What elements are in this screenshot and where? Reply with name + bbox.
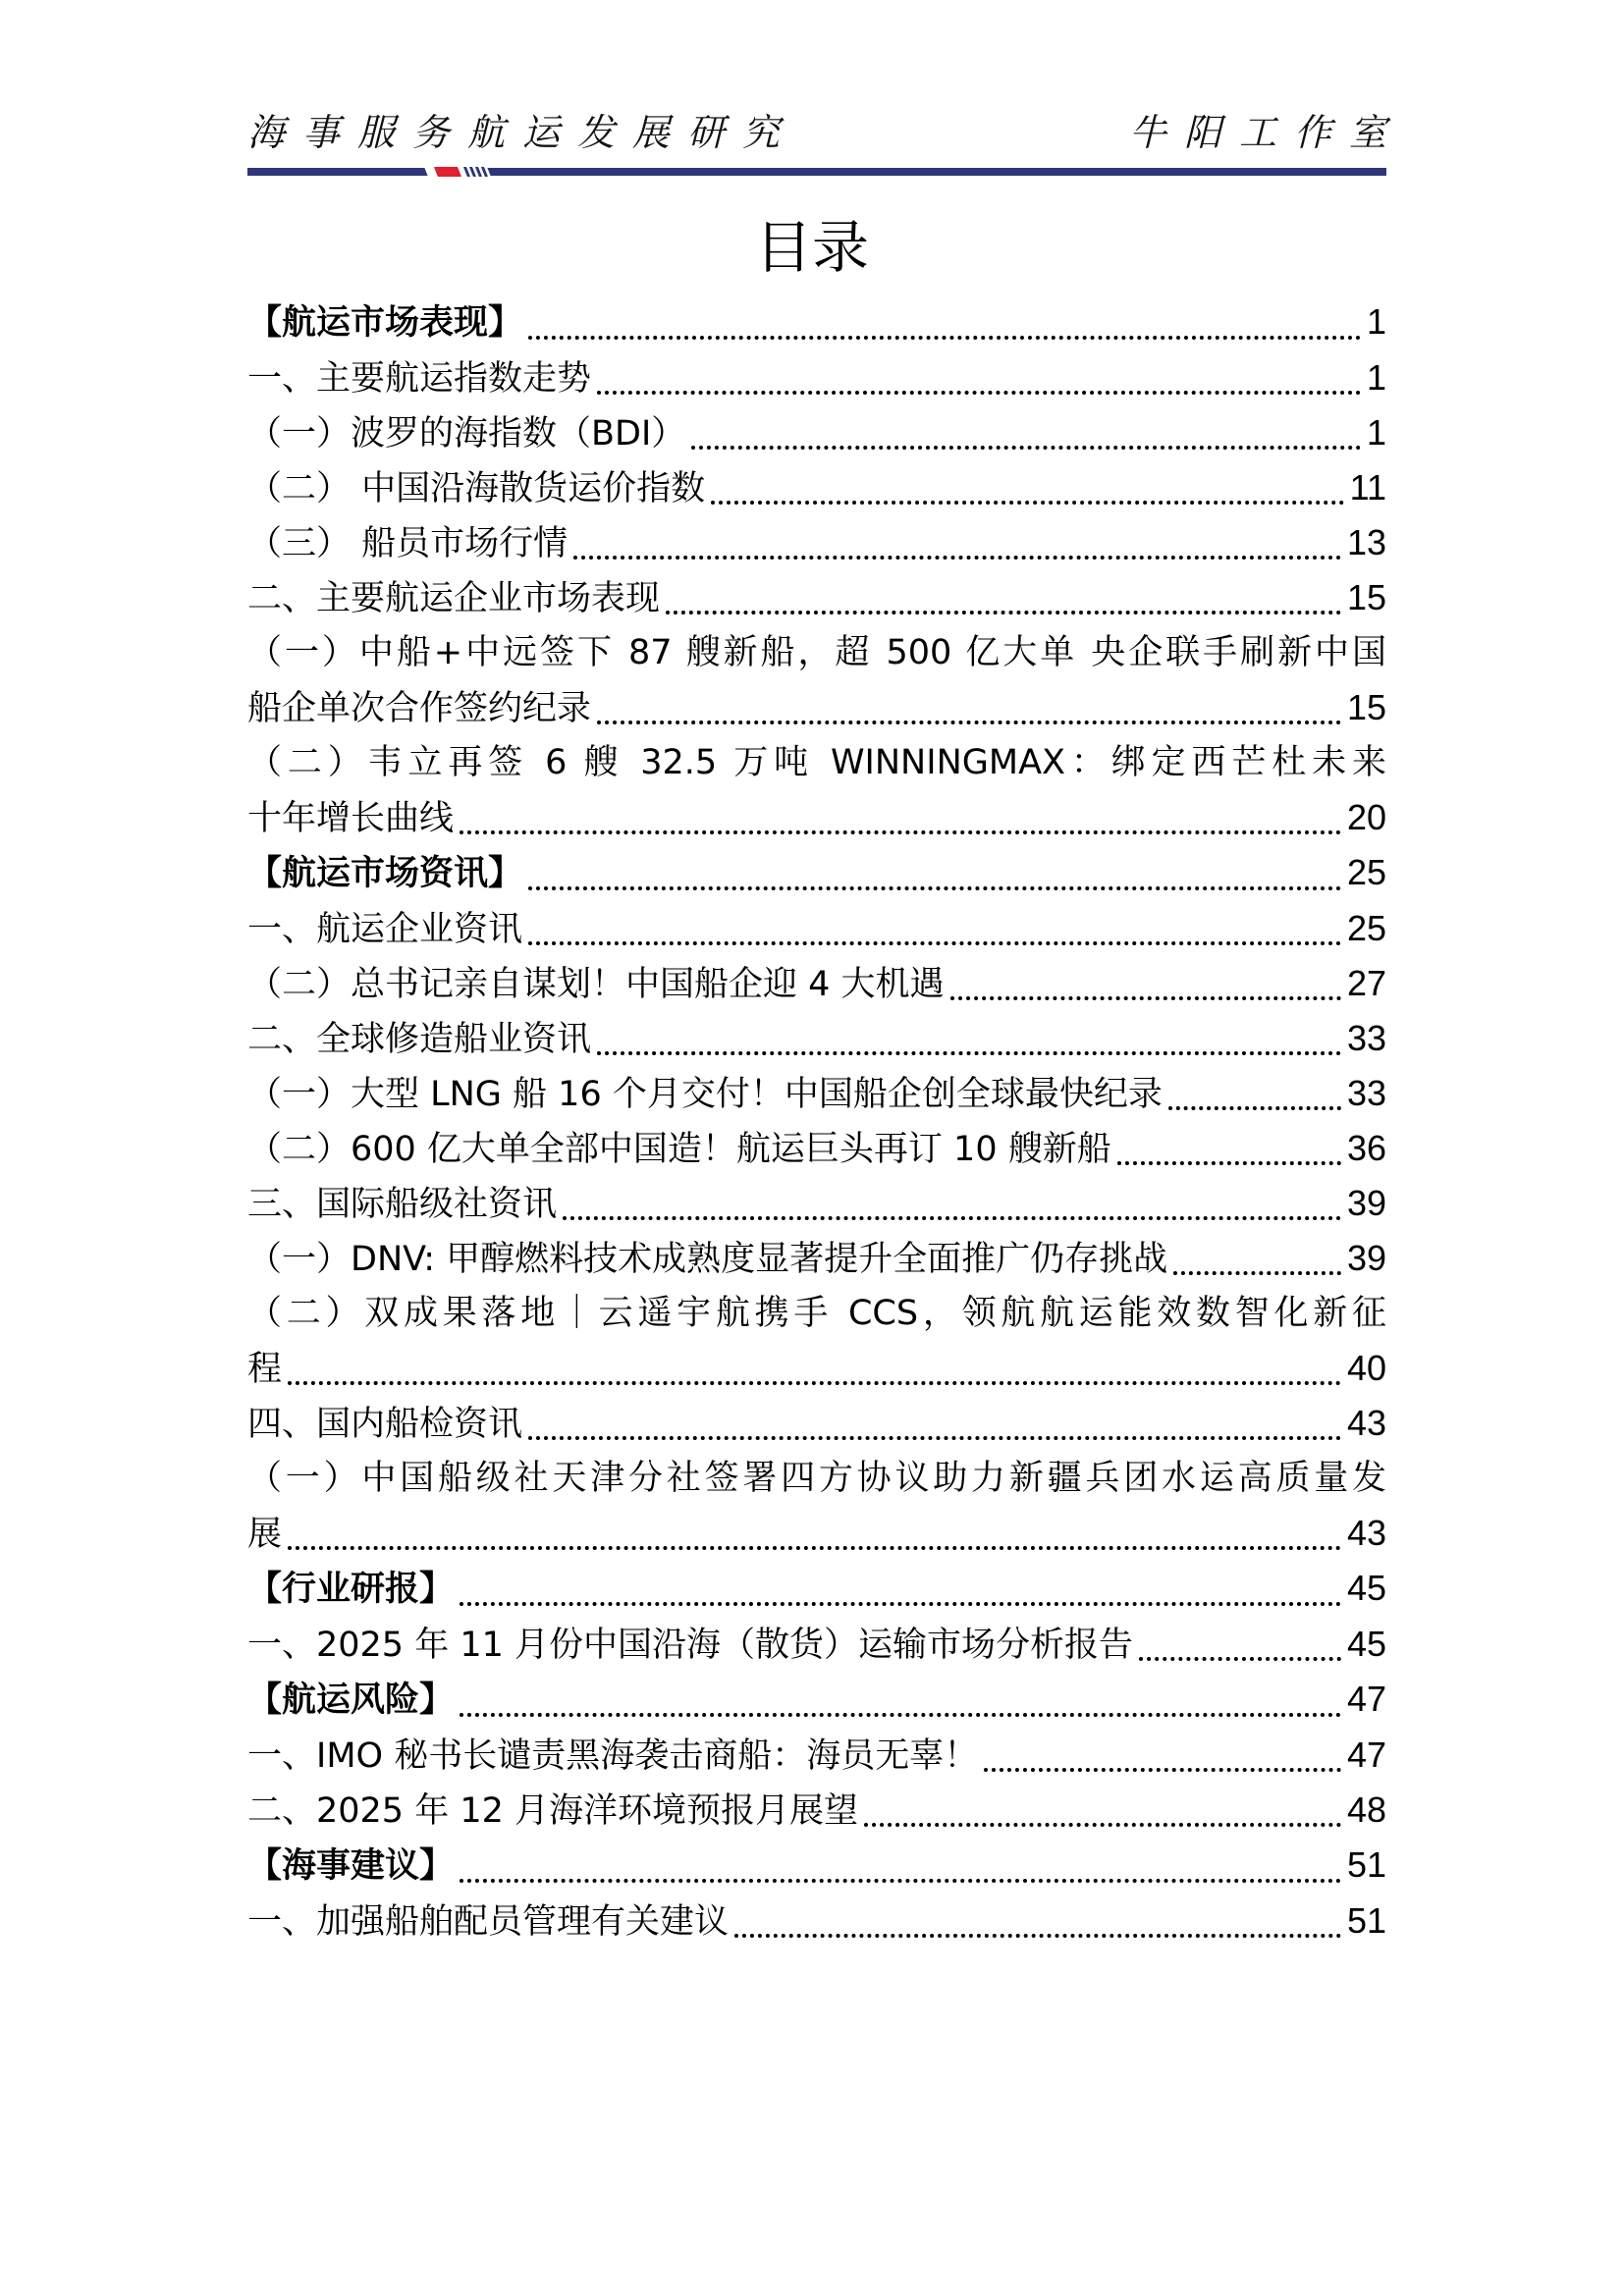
toc-entry[interactable]: （二）600 亿大单全部中国造！航运巨头再订 10 艘新船36 (247, 1121, 1386, 1176)
toc-entry[interactable]: 三、国际船级社资讯39 (247, 1176, 1386, 1231)
toc-entry-title: （二）双成果落地｜云遥宇航携手 CCS，领航航运能效数智化新征 (247, 1286, 1386, 1341)
toc-page-number: 39 (1347, 1176, 1386, 1231)
dot-leader (597, 721, 1341, 724)
toc-entry[interactable]: 二、2025 年 12 月海洋环境预报月展望48 (247, 1783, 1386, 1838)
toc-entry[interactable]: （三） 船员市场行情13 (247, 515, 1386, 570)
toc-entry-title: 四、国内船检资讯 (247, 1397, 522, 1452)
dot-leader (597, 1051, 1341, 1055)
header-rule-accent-icon (424, 167, 503, 177)
toc-page-number: 47 (1347, 1672, 1386, 1727)
toc-entry-title: 【航运市场表现】 (247, 295, 522, 350)
toc-page-number: 1 (1367, 350, 1386, 405)
toc-entry-title: （二）韦立再签 6 艘 32.5 万吨 WINNINGMAX：绑定西芒杜未来 (247, 735, 1386, 790)
toc-page-number: 20 (1347, 790, 1386, 845)
toc-entry-title: 一、IMO 秘书长谴责黑海袭击商船：海员无辜！ (247, 1729, 978, 1784)
dot-leader (666, 611, 1341, 614)
dot-leader (1173, 1271, 1341, 1275)
toc-entry-title: （二） 中国沿海散货运价指数 (247, 461, 705, 516)
toc-entry-title: 二、2025 年 12 月海洋环境预报月展望 (247, 1784, 858, 1839)
toc-page-number: 33 (1347, 1011, 1386, 1066)
dot-leader (460, 830, 1341, 834)
toc-entry-title: （二）总书记亲自谋划！中国船企迎 4 大机遇 (247, 957, 945, 1012)
table-of-contents: 【航运市场表现】1一、主要航运指数走势1（一）波罗的海指数（BDI）1（二） 中… (247, 294, 1386, 1949)
toc-entry-title: 三、国际船级社资讯 (247, 1177, 557, 1232)
dot-leader (563, 1216, 1341, 1220)
toc-page-number: 33 (1347, 1066, 1386, 1121)
toc-entry[interactable]: 二、全球修造船业资讯33 (247, 1011, 1386, 1066)
toc-entry[interactable]: 一、航运企业资讯25 (247, 901, 1386, 956)
header-left-title: 海事服务航运发展研究 (247, 108, 797, 157)
toc-entry[interactable]: （二）韦立再签 6 艘 32.5 万吨 WINNINGMAX：绑定西芒杜未来十年… (247, 735, 1386, 845)
toc-page-number: 13 (1347, 515, 1386, 570)
toc-entry-title-continued: 十年增长曲线 (247, 791, 454, 846)
toc-entry-title-continued: 展 (247, 1507, 282, 1562)
toc-entry[interactable]: 一、IMO 秘书长谴责黑海袭击商船：海员无辜！47 (247, 1728, 1386, 1783)
toc-entry[interactable]: （一）DNV: 甲醇燃料技术成熟度显著提升全面推广仍存挑战39 (247, 1231, 1386, 1286)
dot-leader (288, 1546, 1341, 1550)
dot-leader (1168, 1106, 1341, 1110)
toc-page-number: 15 (1347, 680, 1386, 735)
toc-entry[interactable]: 【航运市场资讯】25 (247, 845, 1386, 901)
toc-entry-title: （一）DNV: 甲醇燃料技术成熟度显著提升全面推广仍存挑战 (247, 1232, 1167, 1287)
dot-leader (864, 1823, 1341, 1827)
toc-page-number: 11 (1350, 460, 1386, 515)
toc-entry[interactable]: 【海事建议】51 (247, 1838, 1386, 1894)
dot-leader (528, 336, 1361, 340)
toc-entry[interactable]: 一、2025 年 11 月份中国沿海（散货）运输市场分析报告45 (247, 1617, 1386, 1672)
toc-entry-title: 【航运风险】 (247, 1673, 454, 1728)
toc-entry[interactable]: 一、加强船舶配员管理有关建议51 (247, 1894, 1386, 1949)
toc-entry-title: （一）中船+中远签下 87 艘新船，超 500 亿大单 央企联手刷新中国 (247, 625, 1386, 680)
toc-page-number: 25 (1347, 901, 1386, 956)
toc-entry-title: （一）中国船级社天津分社签署四方协议助力新疆兵团水运高质量发 (247, 1451, 1386, 1506)
toc-entry-title: （一）波罗的海指数（BDI） (247, 406, 685, 461)
toc-page-number: 51 (1347, 1894, 1386, 1949)
toc-entry[interactable]: 【航运风险】47 (247, 1672, 1386, 1728)
toc-entry[interactable]: 二、主要航运企业市场表现15 (247, 570, 1386, 625)
dot-leader (528, 1436, 1341, 1440)
toc-page-number: 45 (1347, 1561, 1386, 1616)
toc-entry-title: 二、全球修造船业资讯 (247, 1012, 591, 1067)
toc-entry-title: （一）大型 LNG 船 16 个月交付！中国船企创全球最快纪录 (247, 1067, 1163, 1122)
toc-entry[interactable]: （一）波罗的海指数（BDI）1 (247, 405, 1386, 460)
toc-entry[interactable]: （一）中国船级社天津分社签署四方协议助力新疆兵团水运高质量发展43 (247, 1451, 1386, 1561)
toc-page-number: 43 (1347, 1396, 1386, 1451)
toc-page-number: 39 (1347, 1231, 1386, 1286)
toc-page-number: 48 (1347, 1783, 1386, 1838)
toc-page-number: 47 (1347, 1728, 1386, 1783)
toc-entry-title: 一、2025 年 11 月份中国沿海（散货）运输市场分析报告 (247, 1618, 1133, 1673)
toc-page-number: 40 (1347, 1341, 1386, 1396)
toc-entry[interactable]: （一）中船+中远签下 87 艘新船，超 500 亿大单 央企联手刷新中国船企单次… (247, 625, 1386, 735)
toc-page-number: 43 (1347, 1506, 1386, 1561)
toc-entry-title: 【航运市场资讯】 (247, 846, 522, 901)
header-right-title: 牛阳工作室 (1129, 108, 1404, 157)
toc-entry[interactable]: （二）双成果落地｜云遥宇航携手 CCS，领航航运能效数智化新征程40 (247, 1286, 1386, 1396)
document-page: 海事服务航运发展研究 牛阳工作室 目录 【航运市场表现】1一、主要航运指数走势1… (0, 0, 1624, 2296)
dot-leader (460, 1713, 1341, 1717)
dot-leader (288, 1381, 1341, 1385)
toc-page-number: 51 (1347, 1838, 1386, 1893)
header-rule-bar (247, 168, 1386, 176)
toc-entry-title: 一、加强船舶配员管理有关建议 (247, 1895, 729, 1949)
dot-leader (691, 446, 1361, 450)
page-header: 海事服务航运发展研究 牛阳工作室 (247, 108, 1386, 157)
toc-entry[interactable]: 一、主要航运指数走势1 (247, 350, 1386, 405)
toc-entry-title: 一、航运企业资讯 (247, 902, 522, 957)
toc-entry[interactable]: 【航运市场表现】1 (247, 294, 1386, 350)
toc-page-number: 15 (1347, 570, 1386, 625)
toc-entry-title-continued: 船企单次合作签约纪录 (247, 681, 591, 736)
toc-page-number: 1 (1367, 405, 1386, 460)
dot-leader (711, 501, 1343, 505)
toc-page-number: 36 (1347, 1121, 1386, 1176)
toc-entry[interactable]: 【行业研报】45 (247, 1561, 1386, 1617)
toc-entry[interactable]: （二）总书记亲自谋划！中国船企迎 4 大机遇27 (247, 956, 1386, 1011)
toc-entry[interactable]: （二） 中国沿海散货运价指数11 (247, 460, 1386, 515)
dot-leader (984, 1768, 1341, 1772)
toc-entry-title: 【海事建议】 (247, 1839, 454, 1894)
dot-leader (460, 1879, 1341, 1883)
toc-entry-title: 【行业研报】 (247, 1562, 454, 1617)
toc-entry-title-continued: 程 (247, 1342, 282, 1397)
toc-page-number: 45 (1347, 1617, 1386, 1672)
dot-leader (528, 941, 1341, 945)
dot-leader (460, 1602, 1341, 1606)
toc-entry-title: 二、主要航运企业市场表现 (247, 571, 660, 626)
dot-leader (597, 391, 1361, 395)
toc-entry-title: 一、主要航运指数走势 (247, 351, 591, 406)
toc-page-number: 25 (1347, 845, 1386, 900)
toc-entry[interactable]: （一）大型 LNG 船 16 个月交付！中国船企创全球最快纪录33 (247, 1066, 1386, 1121)
toc-page-number: 1 (1367, 294, 1386, 349)
dot-leader (950, 996, 1341, 1000)
dot-leader (734, 1934, 1341, 1938)
dot-leader (573, 556, 1341, 560)
page-title: 目录 (0, 208, 1624, 287)
dot-leader (1117, 1161, 1341, 1165)
header-divider (247, 167, 1386, 177)
toc-page-number: 27 (1347, 956, 1386, 1011)
dot-leader (1139, 1657, 1341, 1661)
toc-entry-title: （二）600 亿大单全部中国造！航运巨头再订 10 艘新船 (247, 1122, 1111, 1177)
toc-entry[interactable]: 四、国内船检资讯43 (247, 1396, 1386, 1451)
toc-entry-title: （三） 船员市场行情 (247, 516, 568, 571)
dot-leader (528, 886, 1341, 890)
